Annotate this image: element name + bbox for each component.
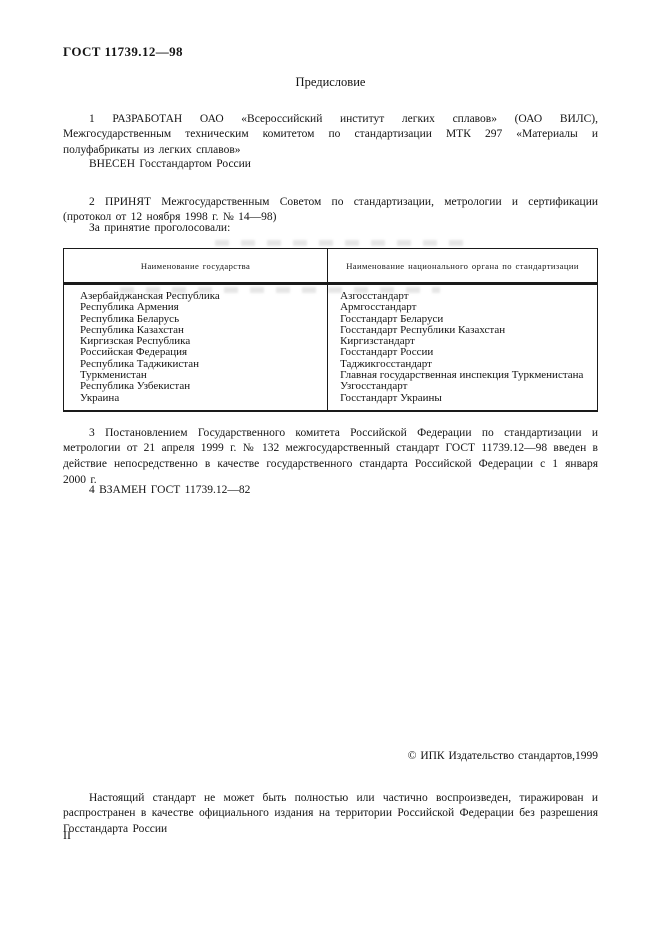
table-header-row: Наименование государства Наименование на… (64, 249, 598, 284)
copyright-line: © ИПК Издательство стандартов,1999 (63, 750, 598, 762)
page-number: II (63, 828, 598, 843)
foreword-title: Предисловие (63, 75, 598, 90)
table-header-country: Наименование государства (64, 249, 328, 284)
document-page: ГОСТ 11739.12—98 Предисловие 1 РАЗРАБОТА… (0, 0, 661, 936)
table-cell-body: Узгосстандарт (328, 381, 598, 392)
submitted-line: ВНЕСЕН Госстандартом России (63, 157, 624, 173)
vote-intro-line: За принятие проголосовали: (63, 221, 624, 237)
table-cell-body: Армгосстандарт (328, 302, 598, 313)
foreword-item-1: 1 РАЗРАБОТАН ОАО «Всероссийский институт… (63, 112, 598, 159)
foreword-item-3: 3 Постановлением Государственного комите… (63, 426, 598, 489)
table-row: Украина Госстандарт Украины (64, 393, 598, 411)
table-cell-country: Республика Узбекистан (64, 381, 328, 392)
table-cell-country: Республика Армения (64, 302, 328, 313)
scan-artifact (215, 240, 465, 246)
table-header-body: Наименование национального органа по ста… (328, 249, 598, 284)
table-cell-body: Госстандарт Украины (328, 393, 598, 411)
table-row: Республика Армения Армгосстандарт (64, 302, 598, 313)
vote-table: Наименование государства Наименование на… (63, 248, 598, 412)
table-cell-country: Украина (64, 393, 328, 411)
table-cell-country: Азербайджанская Республика (64, 284, 328, 303)
foreword-item-4: 4 ВЗАМЕН ГОСТ 11739.12—82 (63, 483, 624, 499)
table-cell-body: Азгосстандарт (328, 284, 598, 303)
table-row: Азербайджанская Республика Азгосстандарт (64, 284, 598, 303)
table-row: Республика Узбекистан Узгосстандарт (64, 381, 598, 392)
standard-number: ГОСТ 11739.12—98 (63, 44, 598, 60)
